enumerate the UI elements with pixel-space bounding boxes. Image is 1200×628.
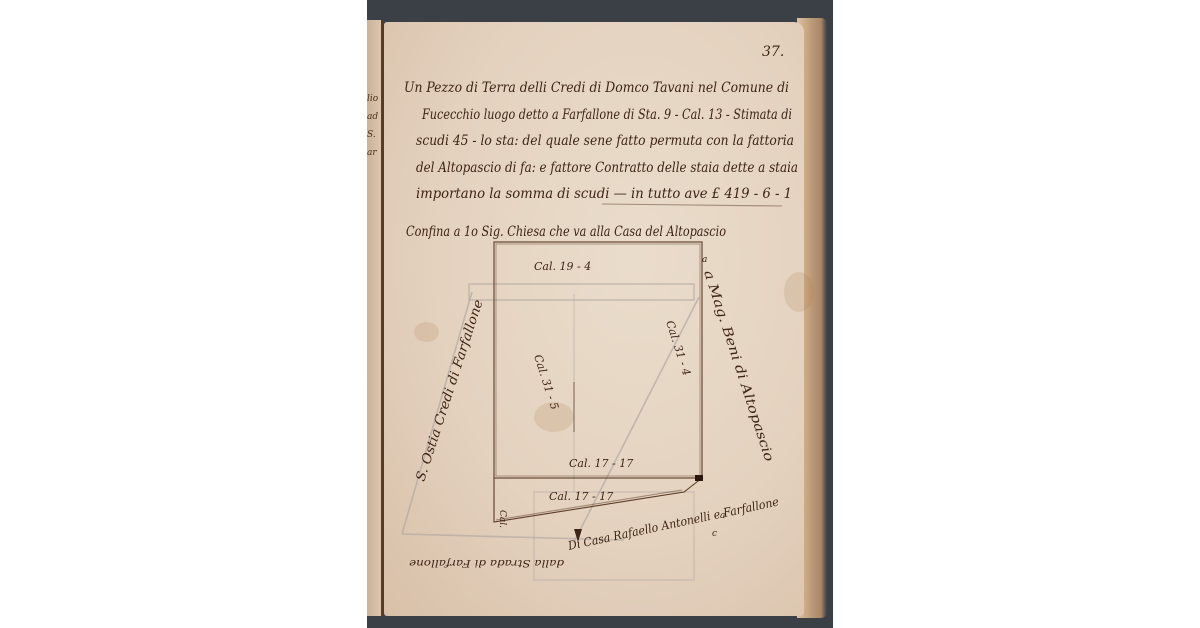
right-margin-text: a Mag. Beni di Altopascio	[700, 269, 776, 464]
margin-mark: a	[702, 255, 707, 265]
header-line-4: del Altopascio di fa: e fattore Contratt…	[416, 160, 798, 176]
previous-leaf-edge: lio ad S. ar	[367, 20, 384, 616]
corner-label: Cal.	[497, 510, 507, 528]
rule-line	[602, 204, 782, 206]
margin-mark: a	[720, 511, 725, 521]
leaf-fragment: S.	[367, 126, 381, 144]
left-margin-text: S. Ostia Credi di Farfallone	[414, 298, 487, 484]
header-line-3: scudi 45 - lo sta: del quale sene fatto …	[416, 133, 794, 149]
pencil-sketch	[402, 284, 699, 580]
leaf-fragment: lio	[367, 90, 381, 108]
previous-leaf-fragments: lio ad S. ar	[367, 90, 381, 162]
leaf-fragment: ad	[367, 108, 381, 126]
header-line-2: Fucecchio luogo detto a Farfallone di St…	[421, 107, 792, 123]
top-dimension-label: Cal. 19 - 4	[534, 260, 591, 273]
confini-line: Confina a 1o Sig. Chiesa che va alla Cas…	[406, 224, 726, 240]
leaf-fragment: ar	[367, 144, 381, 162]
left-dimension-label: Cal. 31 - 5	[531, 353, 561, 411]
header-line-1: Un Pezzo di Terra delli Credi di Domco T…	[404, 80, 789, 96]
manuscript-photo: lio ad S. ar 37. Un Pezzo di Terra delli…	[367, 0, 833, 628]
page-number: 37.	[762, 44, 784, 60]
page-content: 37. Un Pezzo di Terra delli Credi di Dom…	[384, 22, 804, 616]
corner-mark	[695, 475, 703, 481]
header-line-5: importano la somma di scudi — in tutto a…	[416, 186, 792, 202]
manuscript-page: 37. Un Pezzo di Terra delli Credi di Dom…	[384, 22, 804, 616]
right-dimension-label: Cal. 31 - 4	[663, 319, 693, 377]
main-plot-outline	[494, 242, 702, 478]
inner-bottom-dimension-label: Cal. 17 - 17	[569, 457, 633, 470]
lower-strip-dimension-label: Cal. 17 - 17	[549, 490, 613, 503]
margin-mark: c	[712, 529, 717, 539]
bottom-inverted-text: dalla Strada di Farfallone	[409, 557, 564, 568]
